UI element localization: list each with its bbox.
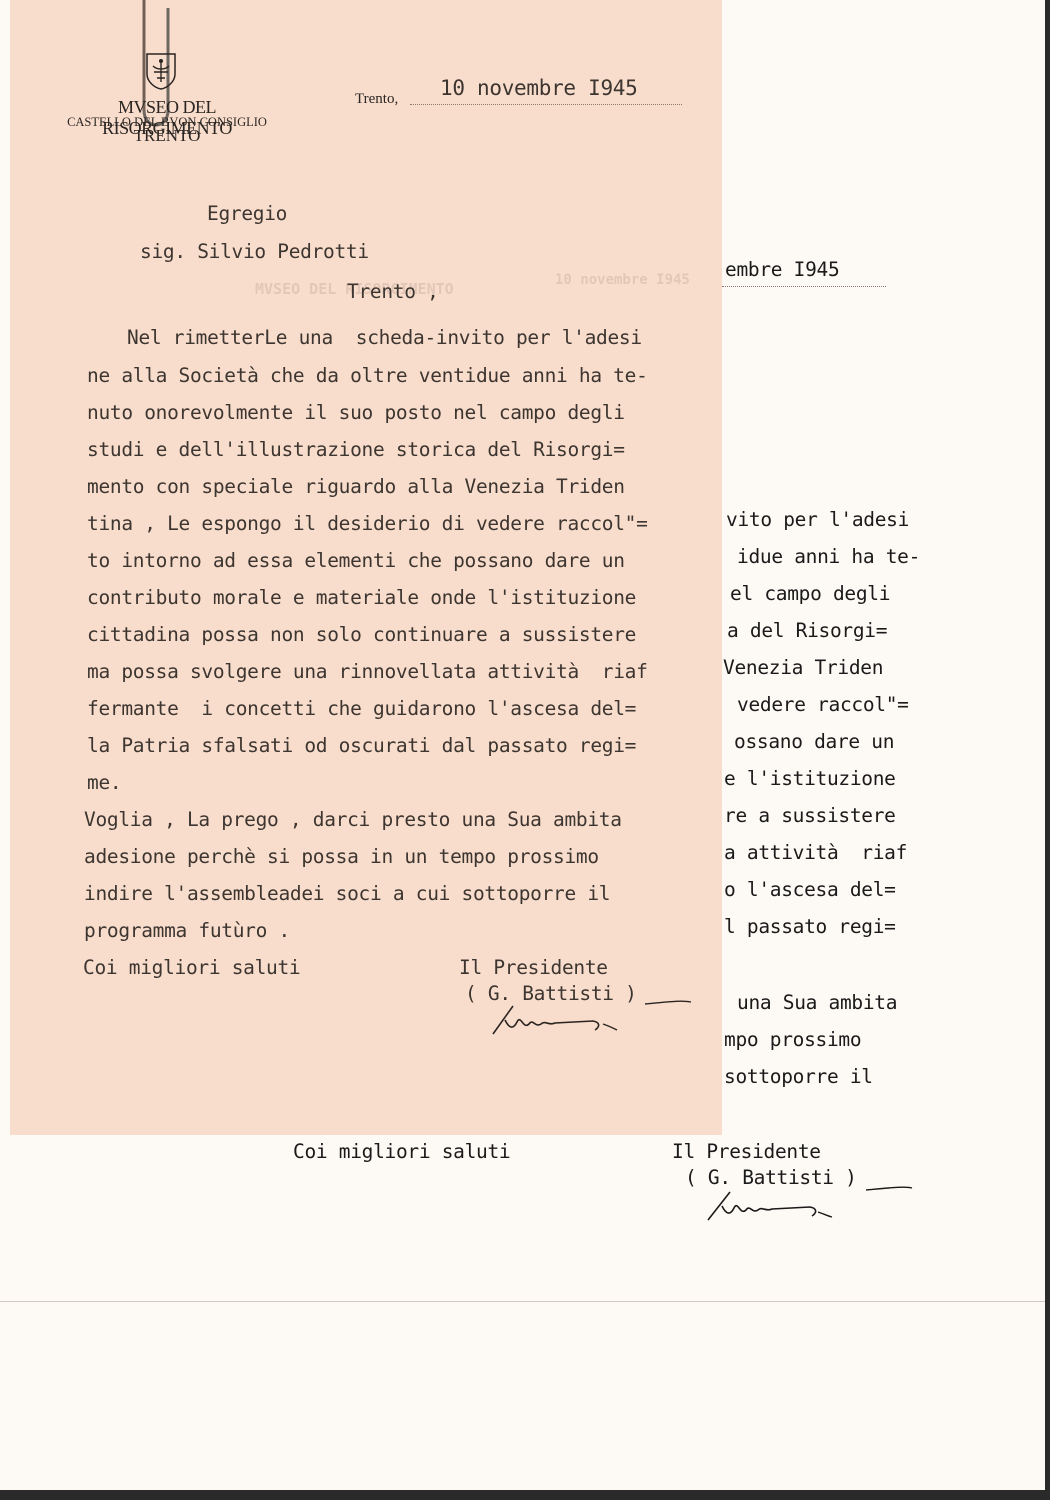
eagle-shield-crest-icon: [145, 52, 177, 90]
body-line: adesione perchè si possa in un tempo pro…: [84, 845, 599, 868]
dark-edge: [1045, 0, 1050, 1500]
body-line: Voglia , La prego , darci presto una Sua…: [84, 808, 622, 831]
closing: Coi migliori saluti: [83, 956, 300, 979]
body-line: ne alla Società che da oltre ventidue an…: [87, 364, 648, 387]
signer-title: Il Presidente: [459, 956, 608, 979]
recipient-name: sig. Silvio Pedrotti: [140, 240, 369, 263]
original-body-line: sottoporre il: [724, 1065, 873, 1088]
showthrough-date: 10 novembre I945: [555, 272, 690, 288]
body-line: tina , Le espongo il desiderio di vedere…: [87, 512, 648, 535]
original-signer-title: Il Presidente: [672, 1140, 821, 1163]
original-date-dotted-line: [722, 286, 886, 287]
original-body-line: re a sussistere: [724, 804, 896, 827]
place-label: Trento,: [355, 91, 398, 108]
body-line: contributo morale e materiale onde l'ist…: [87, 586, 636, 609]
body-line: Nel rimetterLe una scheda-invito per l'a…: [127, 326, 642, 349]
body-line: to intorno ad essa elementi che possano …: [87, 549, 625, 572]
paper-fold-line: [0, 1301, 1045, 1302]
body-line: programma futùro .: [84, 919, 290, 942]
original-body-line: a attività riaf: [724, 841, 907, 864]
original-body-line: Venezia Triden: [723, 656, 883, 679]
recipient-city: Trento ,: [347, 280, 439, 303]
body-line: fermante i concetti che guidarono l'asce…: [87, 697, 636, 720]
body-line: nuto onorevolmente il suo posto nel camp…: [87, 401, 625, 424]
body-line: mento con speciale riguardo alla Venezia…: [87, 475, 625, 498]
original-date: embre I945: [725, 258, 839, 281]
letter-date: 10 novembre I945: [440, 76, 638, 100]
original-body-line: el campo degli: [730, 582, 890, 605]
original-body-line: e l'istituzione: [724, 767, 896, 790]
original-body-line: a del Risorgi=: [727, 619, 887, 642]
original-signature: [700, 1172, 920, 1227]
original-body-line: mpo prossimo: [724, 1028, 861, 1051]
body-line: ma possa svolgere una rinnovellata attiv…: [87, 660, 648, 683]
original-body-line: o l'ascesa del=: [724, 878, 896, 901]
date-dotted-line: [410, 104, 682, 105]
signature: [485, 990, 705, 1040]
original-body-line: idue anni ha te-: [737, 545, 920, 568]
original-body-line: vedere raccol"=: [737, 693, 909, 716]
body-line: cittadina possa non solo continuare a su…: [87, 623, 636, 646]
original-body-line: ossano dare un: [734, 730, 894, 753]
letterhead-city: TRENTO: [52, 126, 282, 146]
original-body-line: una Sua ambita: [737, 991, 897, 1014]
body-line: studi e dell'illustrazione storica del R…: [87, 438, 625, 461]
original-body-line: vito per l'adesi: [726, 508, 909, 531]
original-closing: Coi migliori saluti: [293, 1140, 510, 1163]
body-line: indire l'assembleadei soci a cui sottopo…: [84, 882, 610, 905]
body-line: me.: [87, 771, 121, 794]
original-body-line: l passato regi=: [724, 915, 896, 938]
salutation: Egregio: [207, 202, 287, 225]
body-line: la Patria sfalsati od oscurati dal passa…: [87, 734, 636, 757]
